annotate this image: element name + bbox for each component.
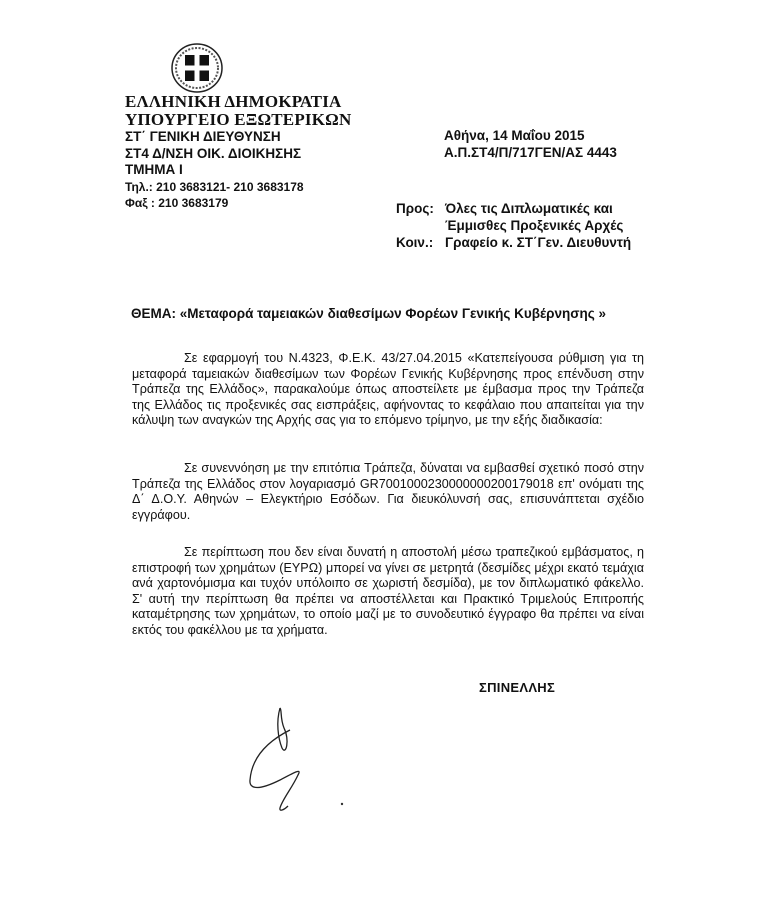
letter-page: ΕΛΛΗΝΙΚΗ ΔΗΜΟΚΡΑΤΙΑ ΥΠΟΥΡΓΕΙΟ ΕΞΩΤΕΡΙΚΩΝ… xyxy=(0,0,771,905)
greek-coat-of-arms-icon xyxy=(170,42,224,94)
paragraph: Σε συνεννόηση με την επιτόπια Τράπεζα, δ… xyxy=(132,461,644,523)
to-line-2: Έμμισθες Προξενικές Αρχές xyxy=(445,217,623,234)
date-line: Αθήνα, 14 Μαΐου 2015 xyxy=(444,128,617,145)
fax: Φαξ : 210 3683179 xyxy=(125,195,351,211)
protocol-number: Α.Π.ΣΤ4/Π/717ΓΕΝ/ΑΣ 4443 xyxy=(444,145,617,162)
recipients-block: Προς: Όλες τις Διπλωματικές και Έμμισθες… xyxy=(396,200,631,251)
paragraph: Σε περίπτωση που δεν είναι δυνατή η αποσ… xyxy=(132,545,644,639)
phone: Τηλ.: 210 3683121- 210 3683178 xyxy=(125,179,351,195)
ministry-name: ΥΠΟΥΡΓΕΙΟ ΕΞΩΤΕΡΙΚΩΝ xyxy=(125,111,351,129)
paragraph-text: Σε εφαρμογή του Ν.4323, Φ.Ε.Κ. 43/27.04.… xyxy=(132,351,644,429)
paragraph-text: Σε περίπτωση που δεν είναι δυνατή η αποσ… xyxy=(132,545,644,639)
directorate: ΣΤ4 Δ/ΝΣΗ ΟΙΚ. ΔΙΟΙΚΗΣΗΣ xyxy=(125,146,351,163)
cc-line: Γραφείο κ. ΣΤ΄Γεν. Διευθυντή xyxy=(445,234,631,251)
handwritten-signature-icon xyxy=(240,700,370,815)
to-label: Προς: xyxy=(396,200,445,217)
sender-block: ΕΛΛΗΝΙΚΗ ΔΗΜΟΚΡΑΤΙΑ ΥΠΟΥΡΓΕΙΟ ΕΞΩΤΕΡΙΚΩΝ… xyxy=(125,93,351,211)
section: ΤΜΗΜΑ Ι xyxy=(125,162,351,179)
paragraph-text: Σε συνεννόηση με την επιτόπια Τράπεζα, δ… xyxy=(132,461,644,523)
signer-name: ΣΠΙΝΕΛΛΗΣ xyxy=(479,680,555,695)
to-line-1: Όλες τις Διπλωματικές και xyxy=(445,200,613,217)
paragraph: Σε εφαρμογή του Ν.4323, Φ.Ε.Κ. 43/27.04.… xyxy=(132,351,644,429)
subject-line: ΘΕΜΑ: «Μεταφορά ταμειακών διαθεσίμων Φορ… xyxy=(131,306,606,321)
state-name: ΕΛΛΗΝΙΚΗ ΔΗΜΟΚΡΑΤΙΑ xyxy=(125,93,351,111)
directorate-general: ΣΤ΄ ΓΕΝΙΚΗ ΔΙΕΥΘΥΝΣΗ xyxy=(125,129,351,146)
date-reference-block: Αθήνα, 14 Μαΐου 2015 Α.Π.ΣΤ4/Π/717ΓΕΝ/ΑΣ… xyxy=(444,128,617,161)
cc-label: Κοιν.: xyxy=(396,234,445,251)
